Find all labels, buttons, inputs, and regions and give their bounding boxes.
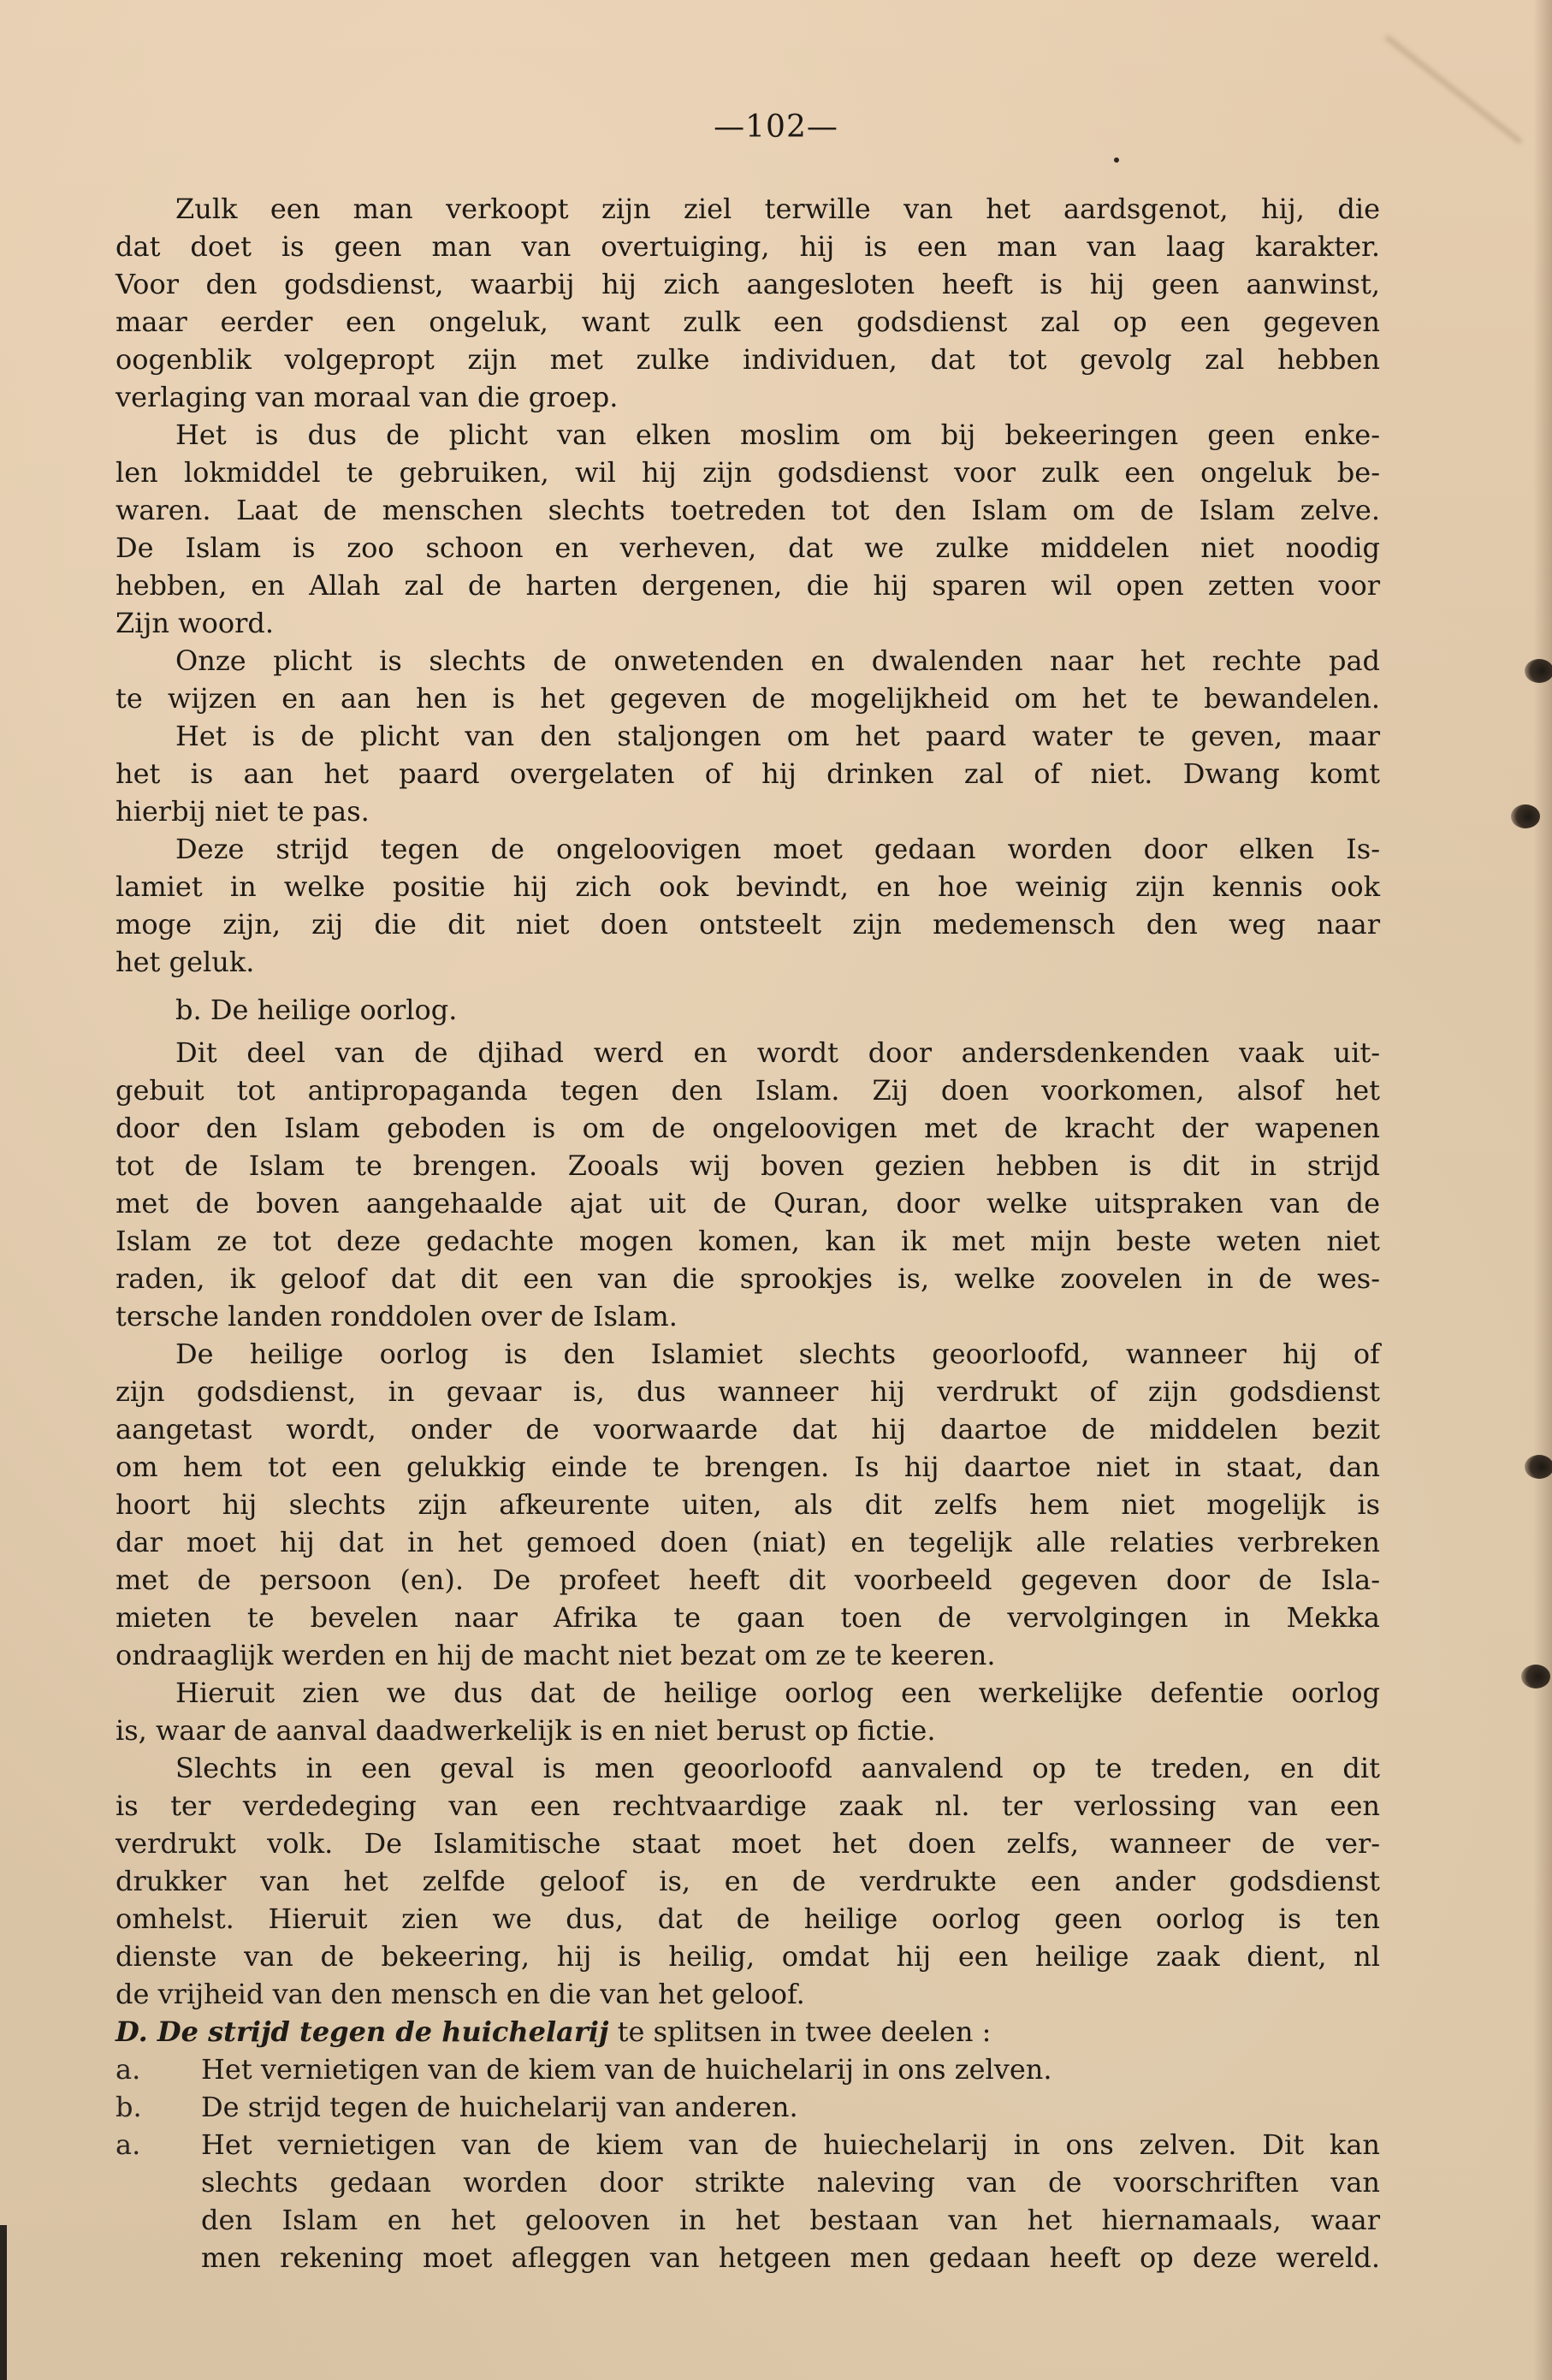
list-item-continuation: den Islam en het gelooven in het bestaan… [201,2203,1380,2237]
text-line: Zijn woord. [116,606,1380,640]
text-line: hebben, en Allah zal de harten dergenen,… [116,568,1380,602]
list-marker: b. [116,2090,142,2124]
section-d-rest: te splitsen in twee deelen : [608,2015,991,2048]
text-line: De Islam is zoo schoon en verheven, dat … [116,531,1380,565]
list-marker: a. [116,2052,140,2086]
text-line: met de boven aangehaalde ajat uit de Qur… [116,1186,1380,1220]
text-line: de vrijheid van den mensch en die van he… [116,1977,1380,2011]
text-line: verdrukt volk. De Islamitische staat moe… [116,1826,1380,1861]
text-line: waren. Laat de menschen slechts toetrede… [116,493,1380,527]
text-line: aangetast wordt, onder de voorwaarde dat… [116,1412,1380,1446]
page-number: —102— [0,110,1552,145]
section-d-title: D. De strijd tegen de huichelarij [116,2015,608,2048]
text-line: te wijzen en aan hen is het gegeven de m… [116,681,1380,715]
text-line: zijn godsdienst, in gevaar is, dus wanne… [116,1374,1380,1409]
text-line: Het is dus de plicht van elken moslim om… [175,418,1380,452]
text-line: gebuit tot antipropaganda tegen den Isla… [116,1073,1380,1107]
text-line: Voor den godsdienst, waarbij hij zich aa… [116,267,1380,301]
text-line: omhelst. Hieruit zien we dus, dat de hei… [116,1902,1380,1936]
text-line: het is aan het paard overgelaten of hij … [116,757,1380,791]
ink-speck [1114,157,1119,163]
text-line: tersche landen ronddolen over de Islam. [116,1299,1380,1333]
list-item: Het vernietigen van de kiem van de huich… [201,2052,1052,2086]
list-item-continuation: men rekening moet afleggen van hetgeen m… [201,2241,1380,2275]
text-line: Dit deel van de djihad werd en wordt doo… [175,1036,1380,1070]
text-line: Deze strijd tegen de ongeloovigen moet g… [175,832,1380,866]
text-line: lamiet in welke positie hij zich ook bev… [116,870,1380,904]
text-line: Islam ze tot deze gedachte mogen komen, … [116,1224,1380,1258]
binding-hole-icon [1525,1455,1552,1479]
list-item: Het vernietigen van de kiem van de huiec… [201,2128,1380,2162]
subheading-holy-war: b. De heilige oorlog. [175,993,457,1027]
text-line: moge zijn, zij die dit niet doen ontstee… [116,907,1380,941]
text-line: oogenblik volgepropt zijn met zulke indi… [116,342,1380,377]
text-line: raden, ik geloof dat dit een van die spr… [116,1261,1380,1296]
scanned-page: —102— Zulk een man verkoopt zijn ziel te… [0,0,1552,2380]
text-line: drukker van het zelfde geloof is, en de … [116,1864,1380,1898]
text-line: mieten te bevelen naar Afrika te gaan to… [116,1600,1380,1635]
list-item: De strijd tegen de huichelarij van ander… [201,2090,798,2124]
text-line: ondraaglijk werden en hij de macht niet … [116,1638,1380,1672]
binding-hole-icon [1511,804,1540,828]
binding-hole-icon [1525,659,1552,683]
text-line: dar moet hij dat in het gemoed doen (nia… [116,1525,1380,1559]
text-line: dienste van de bekeering, hij is heilig,… [116,1939,1380,1973]
text-line: verlaging van moraal van die groep. [116,380,1380,414]
text-line: hoort hij slechts zijn afkeurente uiten,… [116,1487,1380,1522]
binding-hole-icon [1521,1665,1550,1689]
text-line: Het is de plicht van den staljongen om h… [175,719,1380,753]
text-line: Onze plicht is slechts de onwetenden en … [175,644,1380,678]
text-line: tot de Islam te brengen. Zooals wij bove… [116,1148,1380,1183]
text-line: De heilige oorlog is den Islamiet slecht… [175,1337,1380,1371]
text-line: len lokmiddel te gebruiken, wil hij zijn… [116,455,1380,490]
text-line: is ter verdedeging van een rechtvaardige… [116,1789,1380,1823]
text-line: maar eerder een ongeluk, want zulk een g… [116,305,1380,339]
text-line: het geluk. [116,945,1380,979]
list-item-continuation: slechts gedaan worden door strikte nalev… [201,2165,1380,2199]
page-edge-shadow [1533,0,1552,2380]
text-line: Zulk een man verkoopt zijn ziel terwille… [175,192,1380,226]
text-line: is, waar de aanval daadwerkelijk is en n… [116,1713,1380,1748]
text-line: door den Islam geboden is om de ongeloov… [116,1111,1380,1145]
text-line: Hieruit zien we dus dat de heilige oorlo… [175,1676,1380,1710]
section-heading-d: D. De strijd tegen de huichelarij te spl… [116,2015,991,2049]
list-marker: a. [116,2128,140,2162]
page-edge-dark [0,2225,7,2380]
text-line: Slechts in een geval is men geoorloofd a… [175,1751,1380,1785]
text-line: hierbij niet te pas. [116,794,1380,828]
text-line: dat doet is geen man van overtuiging, hi… [116,229,1380,264]
text-line: met de persoon (en). De profeet heeft di… [116,1563,1380,1597]
text-line: om hem tot een gelukkig einde te brengen… [116,1450,1380,1484]
